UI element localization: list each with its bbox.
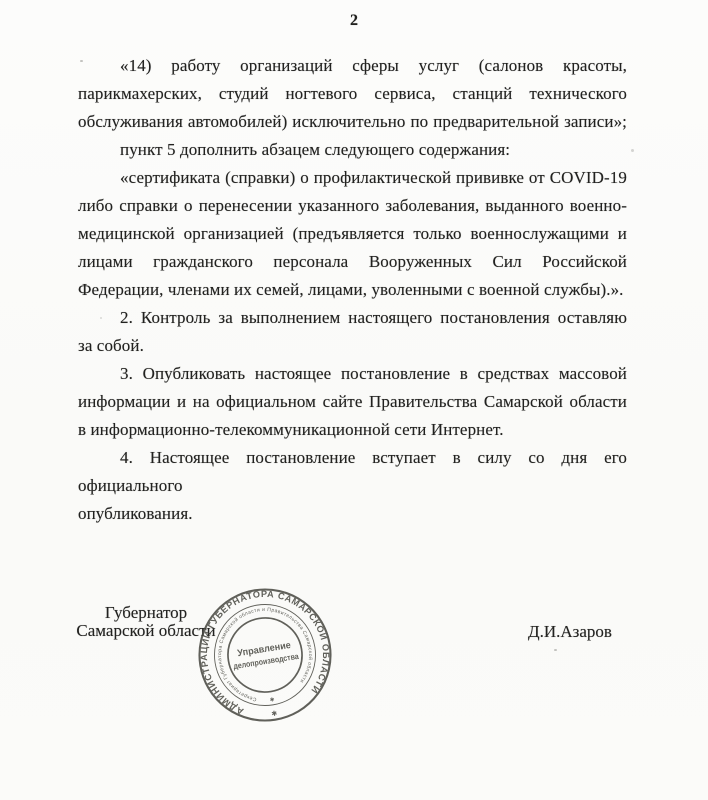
stamp-outer-circle bbox=[190, 580, 340, 730]
scan-speck bbox=[80, 60, 83, 62]
text-line: 3. Опубликовать настоящее постановление … bbox=[78, 360, 627, 388]
scan-speck bbox=[554, 649, 557, 651]
text-line: обслуживания автомобилей) исключительно … bbox=[78, 108, 627, 136]
scan-speck bbox=[631, 149, 634, 152]
text-line: в информационно-телекоммуникационной сет… bbox=[78, 416, 627, 444]
text-line: 2. Контроль за выполнением настоящего по… bbox=[78, 304, 627, 332]
paragraph-point-5: пункт 5 дополнить абзацем следующего сод… bbox=[78, 136, 627, 164]
text-line: «сертификата (справки) о профилактическо… bbox=[78, 164, 627, 192]
scan-speck bbox=[100, 317, 102, 319]
text-line: опубликования. bbox=[78, 500, 627, 528]
text-line: парикмахерских, студий ногтевого сервиса… bbox=[78, 80, 627, 108]
text-line: либо справки о перенесении указанного за… bbox=[78, 192, 627, 220]
text-line: Федерации, членами их семей, лицами, уво… bbox=[78, 276, 627, 304]
stamp-star-separator-outer: ✱ bbox=[271, 709, 278, 718]
text-line: пункт 5 дополнить абзацем следующего сод… bbox=[78, 136, 627, 164]
stamp-star-separator-inner: ✱ bbox=[269, 696, 275, 704]
document-body: «14) работу организаций сферы услуг (сал… bbox=[78, 52, 627, 528]
paragraph-item-4: 4. Настоящее постановление вступает в си… bbox=[78, 444, 627, 528]
text-line: 4. Настоящее постановление вступает в си… bbox=[78, 444, 627, 500]
page-number: 2 bbox=[0, 12, 708, 30]
text-line: «14) работу организаций сферы услуг (сал… bbox=[78, 52, 627, 80]
paragraph-point-14: «14) работу организаций сферы услуг (сал… bbox=[78, 52, 627, 136]
text-line: медицинской организацией (предъявляется … bbox=[78, 220, 627, 248]
text-line: информации и на официальном сайте Правит… bbox=[78, 388, 627, 416]
paragraph-certificate: «сертификата (справки) о профилактическо… bbox=[78, 164, 627, 304]
document-page: 2 «14) работу организаций сферы услуг (с… bbox=[0, 0, 708, 800]
signatory-name: Д.И.Азаров bbox=[528, 622, 648, 642]
paragraph-item-3: 3. Опубликовать настоящее постановление … bbox=[78, 360, 627, 444]
text-line: за собой. bbox=[78, 332, 627, 360]
official-stamp-seal: АДМИНИСТРАЦИИ ГУБЕРНАТОРА САМАРСКОЙ ОБЛА… bbox=[185, 575, 345, 735]
paragraph-item-2: 2. Контроль за выполнением настоящего по… bbox=[78, 304, 627, 360]
text-line: лицами гражданского персонала Вооруженны… bbox=[78, 248, 627, 276]
